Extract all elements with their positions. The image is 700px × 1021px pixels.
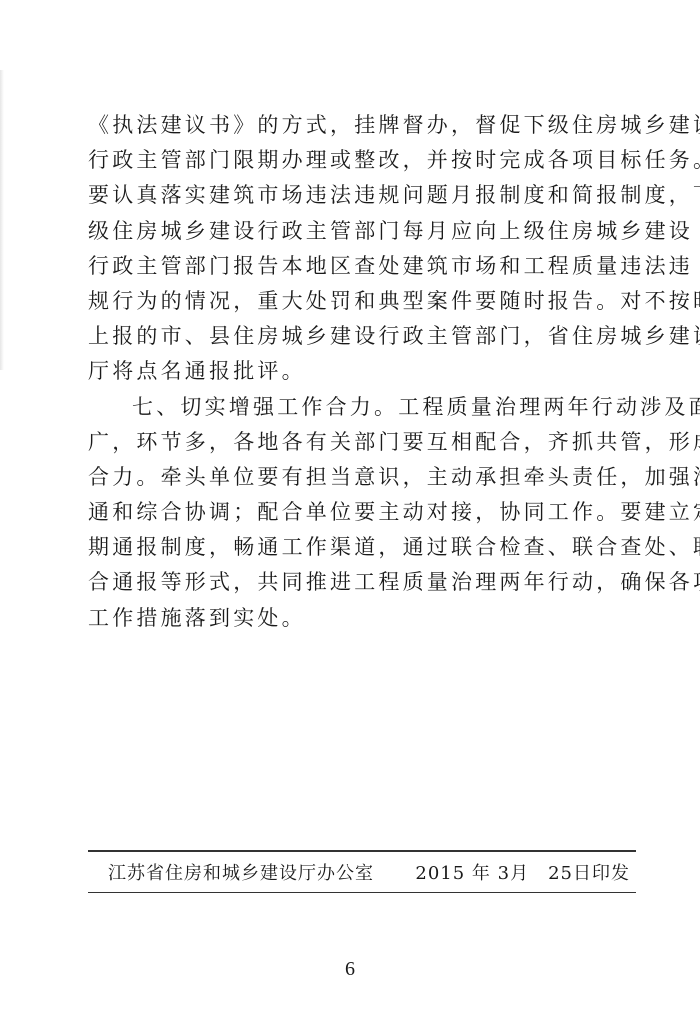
body-line: 级住房城乡建设行政主管部门每月应向上级住房城乡建设 [88,214,628,249]
footer-row: 江苏省住房和城乡建设厅办公室 2015 年 3月 25日印发 [88,852,636,892]
body-line: 行政主管部门限期办理或整改，并按时完成各项目标任务。 [88,143,628,178]
body-line: 要认真落实建筑市场违法违规问题月报制度和简报制度，下 [88,178,628,213]
issuance-footer: 江苏省住房和城乡建设厅办公室 2015 年 3月 25日印发 [88,850,636,893]
body-line: 期通报制度，畅通工作渠道，通过联合检查、联合查处、联 [88,530,628,565]
scan-edge-shadow [0,70,4,370]
body-line: 工作措施落到实处。 [88,601,628,636]
body-line: 通和综合协调；配合单位要主动对接，协同工作。要建立定 [88,495,628,530]
issue-date: 2015 年 3月 25日印发 [415,859,630,885]
body-line: 广，环节多，各地各有关部门要互相配合，齐抓共管，形成 [88,425,628,460]
body-line: 上报的市、县住房城乡建设行政主管部门，省住房城乡建设 [88,319,628,354]
body-line: 《执法建议书》的方式，挂牌督办，督促下级住房城乡建设 [88,108,628,143]
document-body: 《执法建议书》的方式，挂牌督办，督促下级住房城乡建设 行政主管部门限期办理或整改… [88,108,628,636]
footer-bottom-rule [88,892,636,894]
body-line: 规行为的情况，重大处罚和典型案件要随时报告。对不按时 [88,284,628,319]
body-line: 厅将点名通报批评。 [88,354,628,389]
page-number: 6 [0,958,700,981]
body-line: 合力。牵头单位要有担当意识，主动承担牵头责任，加强沟 [88,460,628,495]
issuer-name: 江苏省住房和城乡建设厅办公室 [108,859,374,885]
body-line: 行政主管部门报告本地区查处建筑市场和工程质量违法违 [88,249,628,284]
body-line: 合通报等形式，共同推进工程质量治理两年行动，确保各项 [88,565,628,600]
section-heading-line: 七、切实增强工作合力。工程质量治理两年行动涉及面 [88,390,628,425]
